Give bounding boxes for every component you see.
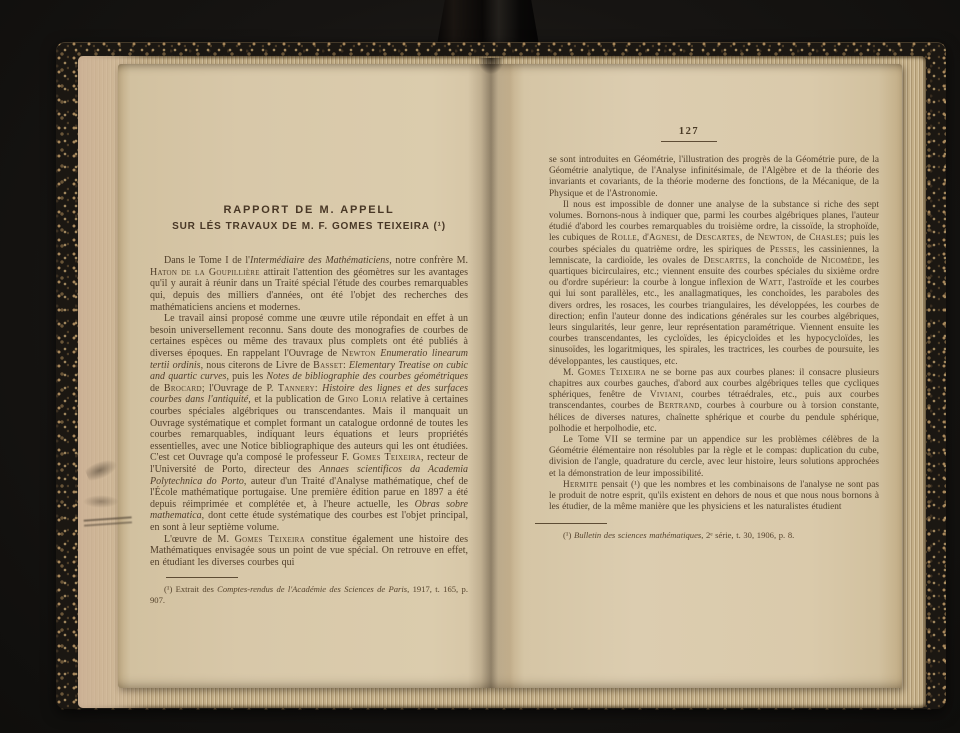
footnote-separator <box>535 523 607 524</box>
open-book-photo: RAPPORT DE M. APPELL SUR LÉS TRAVAUX DE … <box>0 0 960 733</box>
report-title: RAPPORT DE M. APPELL SUR LÉS TRAVAUX DE … <box>150 203 468 232</box>
report-title-line1: RAPPORT DE M. APPELL <box>150 203 468 217</box>
paragraph: M. Gomes Teixeira ne se borne pas aux co… <box>549 368 879 435</box>
gutter-top-notch <box>478 58 504 74</box>
paragraph: se sont introduites en Géométrie, l'illu… <box>549 155 879 200</box>
page-gutter-shadow <box>468 64 514 688</box>
footnote-separator <box>166 577 238 578</box>
right-page: 127 se sont introduites en Géométrie, l'… <box>549 126 879 540</box>
paragraph: Le Tome VII se termine par un appendice … <box>549 435 879 480</box>
footnote-text: (¹) Bulletin des sciences mathématiques,… <box>549 530 879 541</box>
paragraph: Hermite pensait (¹) que les nombres et l… <box>549 480 879 514</box>
left-page: RAPPORT DE M. APPELL SUR LÉS TRAVAUX DE … <box>150 203 468 606</box>
paragraph: Le travail ainsi proposé comme une œuvre… <box>150 313 468 533</box>
paragraph: L'œuvre de M. Gomes Teixeira constitue é… <box>150 534 468 569</box>
paragraph: Dans le Tome I de l'Intermédiaire des Ma… <box>150 255 468 313</box>
page-number: 127 <box>661 126 717 142</box>
footnote-text: (¹) Extrait des Comptes-rendus de l'Acad… <box>150 584 468 605</box>
paragraph: Il nous est impossible de donner une ana… <box>549 200 879 368</box>
report-title-line2: SUR LÉS TRAVAUX DE M. F. GOMES TEIXEIRA … <box>150 221 468 232</box>
